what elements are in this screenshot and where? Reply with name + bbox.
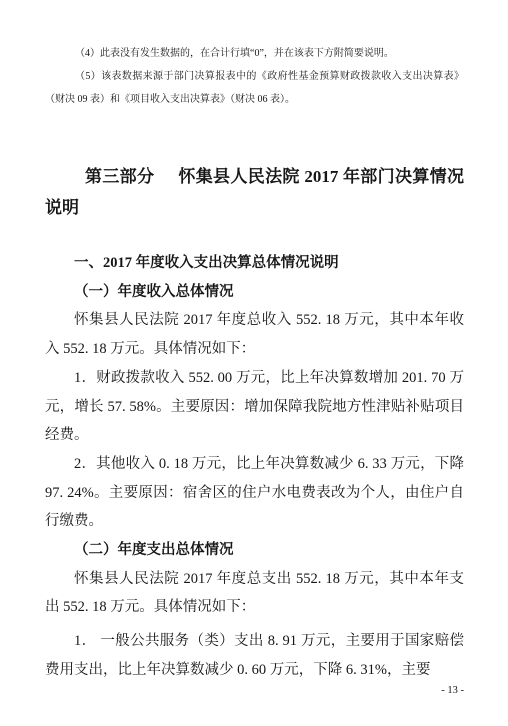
section-title-overview: 一、2017 年度收入支出决算总体情况说明 — [45, 249, 464, 278]
expenditure-paragraph-public-service: 1． 一般公共服务（类）支出 8. 91 万元，主要用于国家赔偿费用支出，比上年… — [45, 627, 464, 684]
income-paragraph-fiscal-allocation: 1．财政拨款收入 552. 00 万元，比上年决算数增加 201. 70 万元，… — [45, 364, 464, 450]
part-label: 第三部分 — [85, 167, 154, 186]
subsection-title-income: （一）年度收入总体情况 — [45, 278, 464, 307]
expenditure-paragraph-total: 怀集县人民法院 2017 年度总支出 552. 18 万元，其中本年支出 552… — [45, 565, 464, 622]
note-item-4: （4）此表没有发生数据的，在合计行填“0”，并在该表下方附简要说明。 — [45, 43, 464, 66]
table-notes: （4）此表没有发生数据的，在合计行填“0”，并在该表下方附简要说明。 （5）该表… — [45, 43, 464, 111]
part-three-heading: 第三部分怀集县人民法院 2017 年部门决算情况说明 — [45, 162, 464, 223]
note-item-5: （5）该表数据来源于部门决算报表中的《政府性基金预算财政拨款收入支出决算表》（财… — [45, 66, 464, 112]
main-content: 一、2017 年度收入支出决算总体情况说明 （一）年度收入总体情况 怀集县人民法… — [45, 249, 464, 685]
document-page: （4）此表没有发生数据的，在合计行填“0”，并在该表下方附简要说明。 （5）该表… — [0, 0, 508, 726]
income-paragraph-other-income: 2．其他收入 0. 18 万元，比上年决算数减少 6. 33 万元，下降 97.… — [45, 450, 464, 536]
income-paragraph-total: 怀集县人民法院 2017 年度总收入 552. 18 万元，其中本年收入 552… — [45, 306, 464, 363]
subsection-title-expenditure: （二）年度支出总体情况 — [45, 536, 464, 565]
page-number: - 13 - — [441, 685, 464, 696]
